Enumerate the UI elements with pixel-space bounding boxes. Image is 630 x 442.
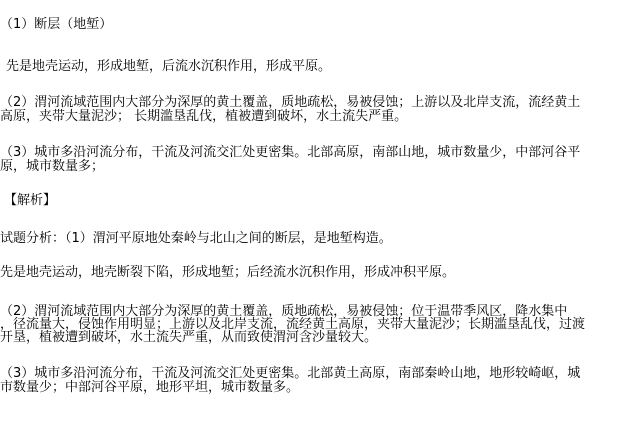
answer-part2-line1: （2）渭河流域范围内大部分为深厚的黄土覆盖，质地疏松，易被侵蚀；上游以及北岸支流… (0, 96, 580, 109)
analysis-heading: 【解析】 (4, 194, 56, 208)
answer-part3-line1: （3）城市多沿河流分布，干流及河流交汇处更密集。北部高原，南部山地，城市数量少，… (0, 146, 580, 159)
analysis-intro: 试题分析：（1）渭河平原地处秦岭与北山之间的断层，是地堑构造。 (0, 232, 392, 246)
analysis-part2-line3: 开垦，植被遭到破坏，水土流失严重，从而致使渭河含沙量较大。 (0, 331, 377, 344)
answer-part3-line2: 原，城市数量多； (0, 160, 104, 173)
analysis-part3-line1: （3）城市多沿河流分布，干流及河流交汇处更密集。北部黄土高原，南部秦岭山地，地形… (0, 367, 580, 380)
analysis-part3-line2: 市数量少；中部河谷平原，地形平坦，城市数量多。 (0, 381, 299, 394)
answer-part1-text: 先是地壳运动，形成地堑，后流水沉积作用，形成平原。 (6, 60, 331, 74)
answer-part1-title: （1）断层（地堑） (0, 18, 112, 32)
answer-part2-line2: 高原，夹带大量泥沙； 长期滥垦乱伐，植被遭到破坏，水土流失严重。 (0, 110, 407, 123)
analysis-part1-text: 先是地壳运动，地壳断裂下陷，形成地堑；后经流水沉积作用，形成冲积平原。 (0, 266, 455, 280)
